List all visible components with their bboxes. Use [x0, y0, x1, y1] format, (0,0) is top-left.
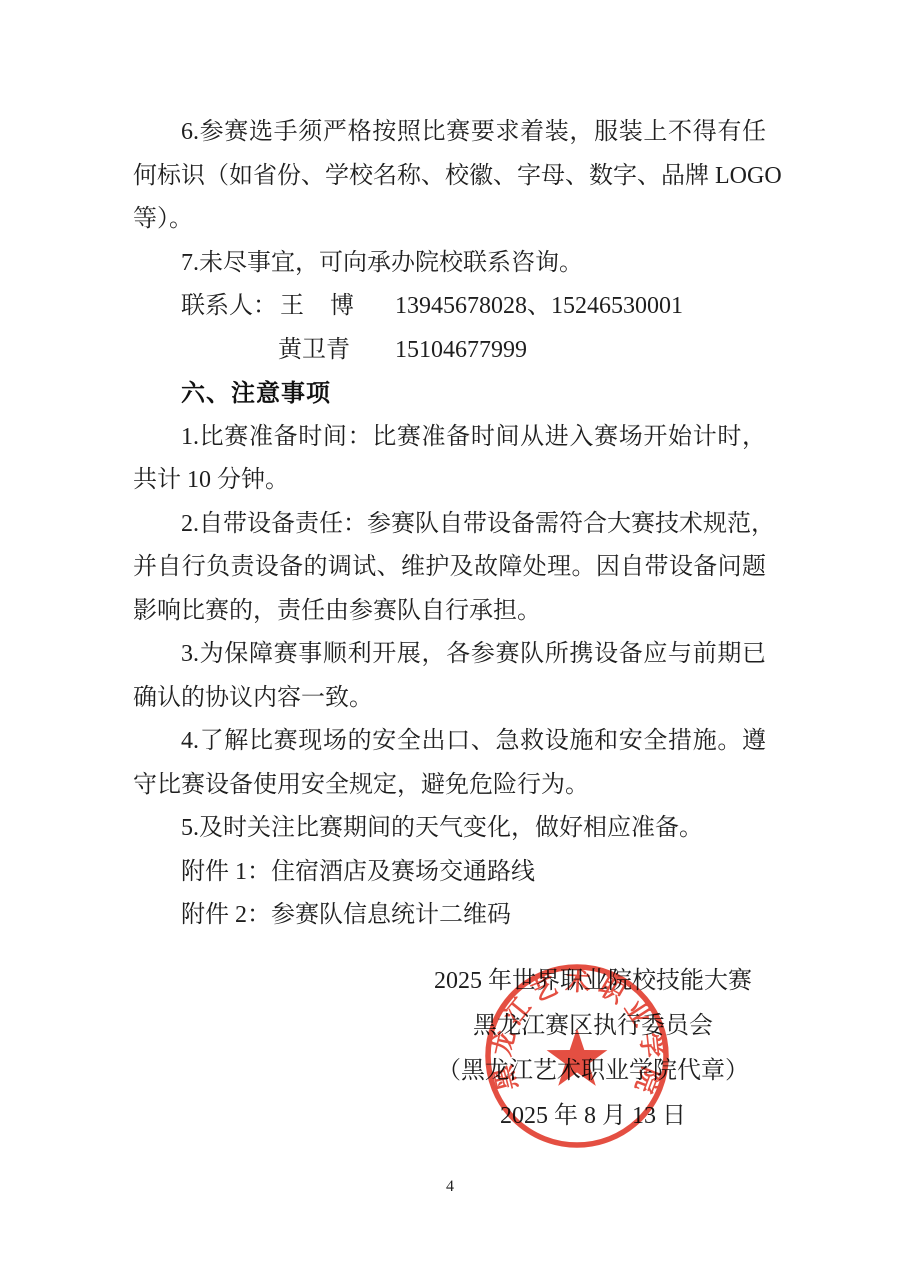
attachment-1: 附件 1：住宿酒店及赛场交通路线: [133, 851, 766, 895]
contact-label: 联系人：: [181, 285, 277, 329]
contact-row-2: 黄卫青 15104677999: [133, 329, 766, 373]
document-body: 6.参赛选手须严格按照比赛要求着装，服装上不得有任 何标识（如省份、学校名称、校…: [133, 111, 766, 938]
note2-line1: 2.自带设备责任：参赛队自带设备需符合大赛技术规范，: [133, 503, 766, 547]
note2-line3: 影响比赛的，责任由参赛队自行承担。: [133, 590, 766, 634]
note3-line2: 确认的协议内容一致。: [133, 677, 766, 721]
note3-line1: 3.为保障赛事顺利开展，各参赛队所携设备应与前期已: [133, 633, 766, 677]
contact-name-1b: 博: [330, 285, 354, 329]
note2-line2: 并自行负责设备的调试、维护及故障处理。因自带设备问题: [133, 546, 766, 590]
note1-line2: 共计 10 分钟。: [133, 459, 766, 503]
signature-organizer: 2025 年世界职业院校技能大赛: [383, 959, 803, 1004]
signature-proxy-note: （黑龙江艺术职业学院代章）: [383, 1049, 803, 1094]
paragraph-item6-line1: 6.参赛选手须严格按照比赛要求着装，服装上不得有任: [133, 111, 766, 155]
page-number: 4: [0, 1178, 900, 1196]
signature-date: 2025 年 8 月 13 日: [383, 1094, 803, 1139]
contact-name-2: 黄卫青: [278, 329, 350, 373]
section-heading: 六、注意事项: [133, 372, 766, 416]
note5-line1: 5.及时关注比赛期间的天气变化，做好相应准备。: [133, 807, 766, 851]
signature-committee: 黑龙江赛区执行委员会: [383, 1004, 803, 1049]
paragraph-item7: 7.未尽事宜，可向承办院校联系咨询。: [133, 242, 766, 286]
paragraph-item6-line2: 何标识（如省份、学校名称、校徽、字母、数字、品牌 LOGO: [133, 155, 766, 199]
document-page: 6.参赛选手须严格按照比赛要求着装，服装上不得有任 何标识（如省份、学校名称、校…: [0, 0, 900, 1273]
contact-name-1a: 王: [280, 285, 304, 329]
contact-phones-1: 13945678028、15246530001: [395, 285, 683, 329]
contact-row-1: 联系人： 王 博 13945678028、15246530001: [133, 285, 766, 329]
attachment-2: 附件 2：参赛队信息统计二维码: [133, 894, 766, 938]
note4-line2: 守比赛设备使用安全规定，避免危险行为。: [133, 764, 766, 808]
contact-phone-2: 15104677999: [395, 329, 527, 373]
paragraph-item6-line3: 等）。: [133, 198, 766, 242]
note4-line1: 4.了解比赛现场的安全出口、急救设施和安全措施。遵: [133, 720, 766, 764]
note1-line1: 1.比赛准备时间：比赛准备时间从进入赛场开始计时，: [133, 416, 766, 460]
signature-block: 2025 年世界职业院校技能大赛 黑龙江赛区执行委员会 （黑龙江艺术职业学院代章…: [383, 959, 803, 1139]
